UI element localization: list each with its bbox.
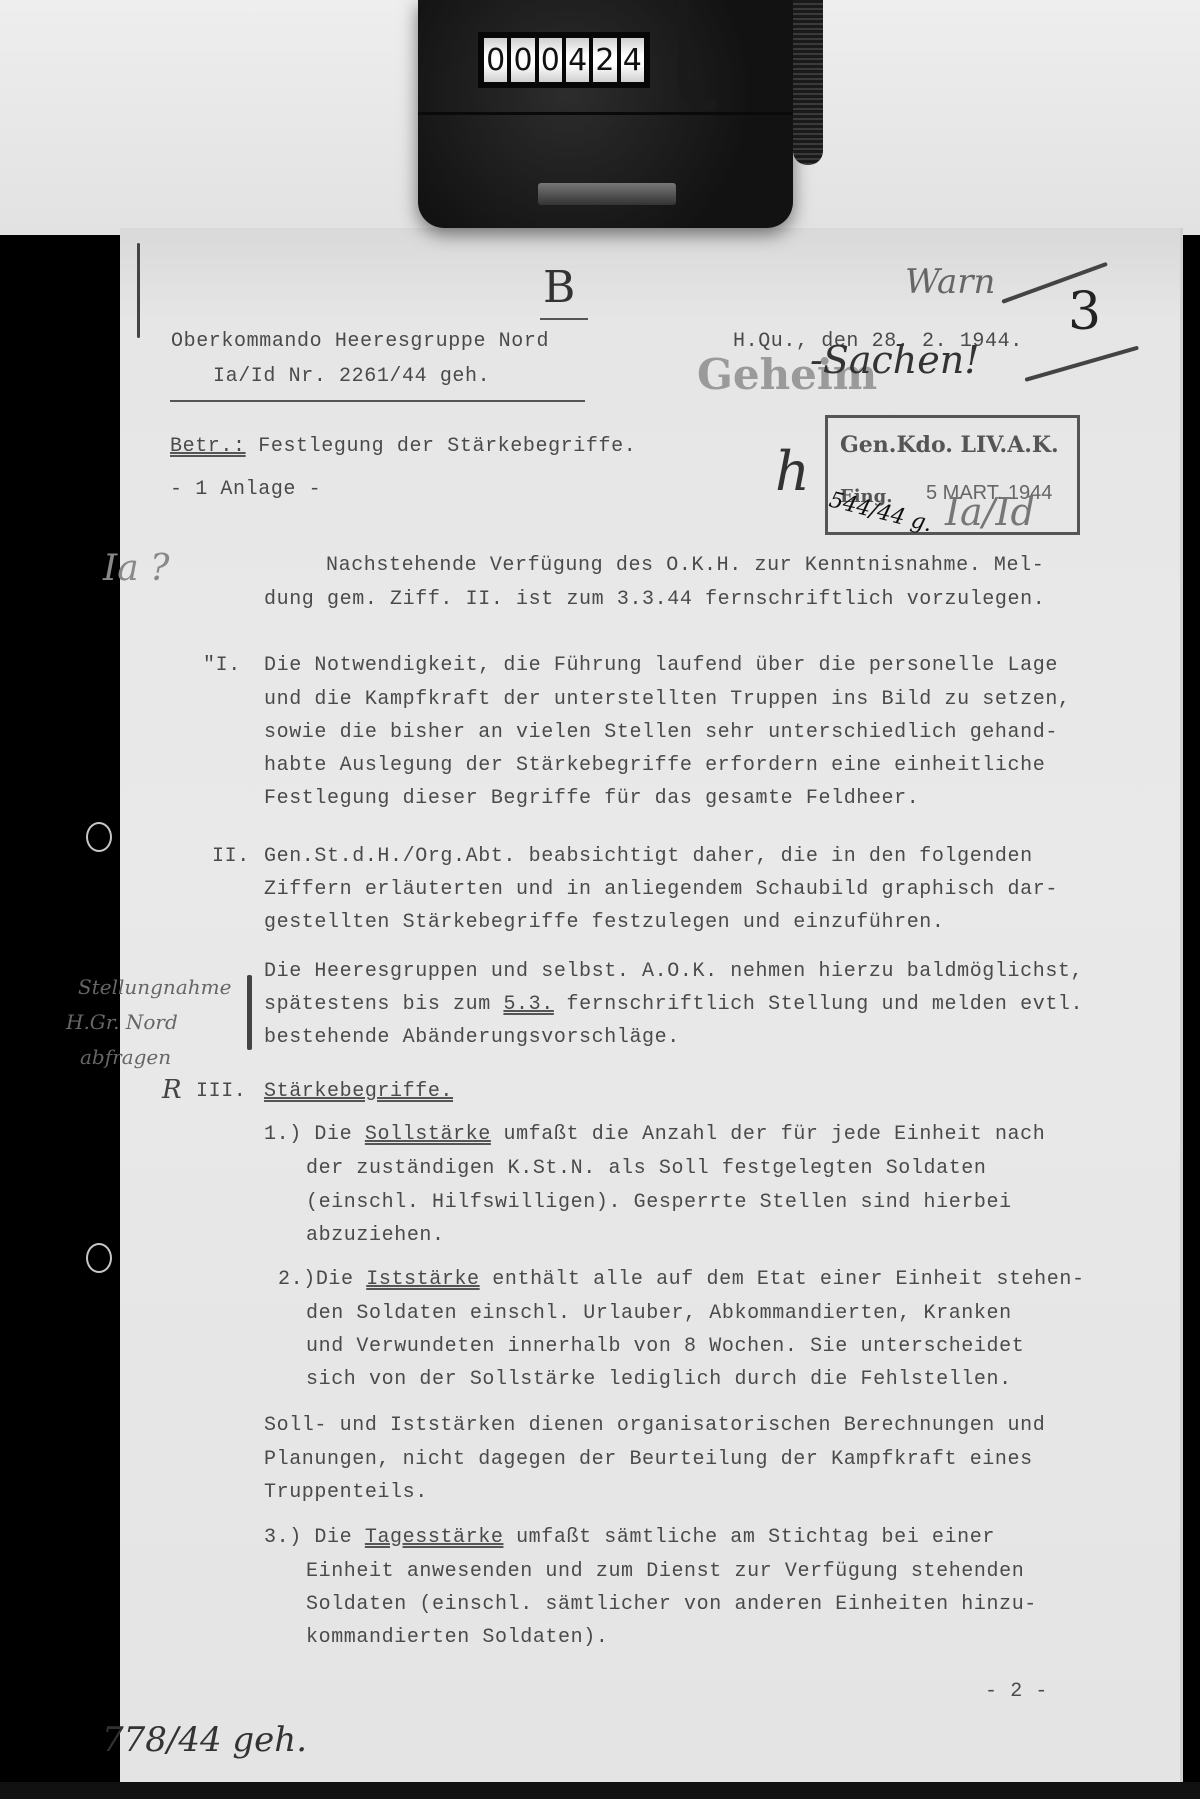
term-iststaerke: Iststärke [366,1268,479,1291]
item-3-line: 3.) Die Tagesstärke umfaßt sämtliche am … [264,1526,995,1549]
term-tagesstaerke: Tagesstärke [365,1526,504,1549]
section-ii-line: Gen.St.d.H./Org.Abt. beabsichtigt daher,… [264,845,1033,868]
attachment-note: - 1 Anlage - [170,478,321,501]
text-fragment: Die [314,1123,364,1146]
section-i-line: Die Notwendigkeit, die Führung laufend ü… [264,654,1058,677]
header-rule [170,400,585,402]
counter-digit: 0 [484,38,507,82]
b-underline [540,318,588,320]
handwritten-initials: Ia/Id [945,490,1035,534]
counter-digit: 4 [566,38,589,82]
handwritten-margin-note: abfragen [80,1045,171,1069]
handwritten-margin-note: Stellungnahme [78,975,231,999]
handwritten-margin-note: H.Gr. Nord [66,1010,178,1034]
punch-hole-icon [86,1243,112,1273]
note-line: Truppenteils. [264,1481,428,1504]
counter-housing: 0 0 0 4 2 4 [418,0,793,115]
section-ii-line: Ziffern erläuterten und in anliegendem S… [264,878,1058,901]
deadline-date: 5.3. [503,993,553,1016]
item-number: 1.) [264,1123,302,1146]
item-3-line: Einheit anwesenden und zum Dienst zur Ve… [306,1560,1024,1583]
counter-knob-icon [793,0,823,165]
section-ii-line: gestellten Stärkebegriffe festzulegen un… [264,911,945,934]
text-fragment: umfaßt sämtliche am Stichtag bei einer [503,1526,994,1549]
punch-hole-icon [86,822,112,852]
section-i-line: habte Auslegung der Stärkebegriffe erfor… [264,754,1045,777]
intro-line: dung gem. Ziff. II. ist zum 3.3.44 ferns… [264,588,1045,611]
text-fragment: umfaßt die Anzahl der für jede Einheit n… [491,1123,1046,1146]
text-fragment: Die [314,1526,364,1549]
text-fragment: spätestens bis zum [264,993,503,1016]
item-2-line: 2.)Die Iststärke enthält alle auf dem Et… [278,1268,1085,1291]
counter-digit: 4 [621,38,644,82]
section-ii-para2-line: bestehende Abänderungsvorschläge. [264,1026,680,1049]
subject-line: Betr.: Festlegung der Stärkebegriffe. [170,435,636,458]
item-number: 3.) [264,1526,302,1549]
handwritten-initial: h [775,440,810,503]
note-line: Planungen, nicht dagegen der Beurteilung… [264,1448,1033,1471]
section-i-label: "I. [203,654,241,677]
text-fragment: enthält alle auf dem Etat einer Einheit … [480,1268,1085,1291]
text-fragment: Die [316,1268,366,1291]
item-2-line: den Soldaten einschl. Urlauber, Abkomman… [306,1302,1012,1325]
file-reference: Ia/Id Nr. 2261/44 geh. [213,365,490,388]
handwritten-note-top: Warn [905,262,995,302]
counter-digit: 0 [511,38,534,82]
section-iii-label: III. [196,1080,246,1103]
section-iii-title: Stärkebegriffe. [264,1080,453,1103]
text-fragment: fernschriftlich Stellung und melden evtl… [554,993,1083,1016]
term-sollstaerke: Sollstärke [365,1123,491,1146]
page-continuation: - 2 - [985,1680,1048,1703]
subject-label: Betr.: [170,435,246,458]
item-3-line: Soldaten (einschl. sämtlicher von andere… [306,1593,1037,1616]
item-1-line: der zuständigen K.St.N. als Soll festgel… [306,1157,987,1180]
handwritten-letter-b: B [543,262,575,313]
section-ii-label: II. [212,845,250,868]
section-i-line: Festlegung dieser Begriffe für das gesam… [264,787,919,810]
stamp-organization: Gen.Kdo. LIV.A.K. [840,432,1059,458]
subject-text: Festlegung der Stärkebegriffe. [258,435,636,458]
handwritten-annotation-geheim: -Sachen! [810,338,980,382]
item-1-line: abzuziehen. [306,1224,445,1247]
counter-nameplate [538,183,676,205]
counter-cable [678,0,716,110]
handwritten-marker-iii: R [162,1075,182,1105]
sender-line-1: Oberkommando Heeresgruppe Nord [171,330,549,353]
section-i-line: und die Kampfkraft der unterstellten Tru… [264,688,1071,711]
frame-counter-device: 0 0 0 4 2 4 [418,0,793,228]
section-ii-para2-line: spätestens bis zum 5.3. fernschriftlich … [264,993,1083,1016]
item-1-line: 1.) Die Sollstärke umfaßt die Anzahl der… [264,1123,1045,1146]
handwritten-bottom-number: 778/44 geh. [102,1720,307,1760]
item-3-line: kommandierten Soldaten). [306,1626,608,1649]
counter-digit: 2 [593,38,616,82]
section-ii-para2-line: Die Heeresgruppen und selbst. A.O.K. neh… [264,960,1083,983]
handwritten-margin-mark: Ia ? [103,548,169,589]
item-number: 2.) [278,1268,316,1291]
note-line: Soll- und Iststärken dienen organisatori… [264,1414,1045,1437]
page-bottom-edge [0,1782,1200,1799]
margin-bracket [247,975,252,1050]
item-2-line: und Verwundeten innerhalb von 8 Wochen. … [306,1335,1024,1358]
left-edge-mark [137,243,140,338]
handwritten-page-mark: 3 [1068,282,1101,342]
section-i-line: sowie die bisher an vielen Stellen sehr … [264,721,1058,744]
item-2-line: sich von der Sollstärke lediglich durch … [306,1368,1012,1391]
item-1-line: (einschl. Hilfswilligen). Gesperrte Stel… [306,1191,1012,1214]
counter-digit: 0 [539,38,562,82]
counter-display: 0 0 0 4 2 4 [478,32,650,88]
intro-line: Nachstehende Verfügung des O.K.H. zur Ke… [326,554,1044,577]
